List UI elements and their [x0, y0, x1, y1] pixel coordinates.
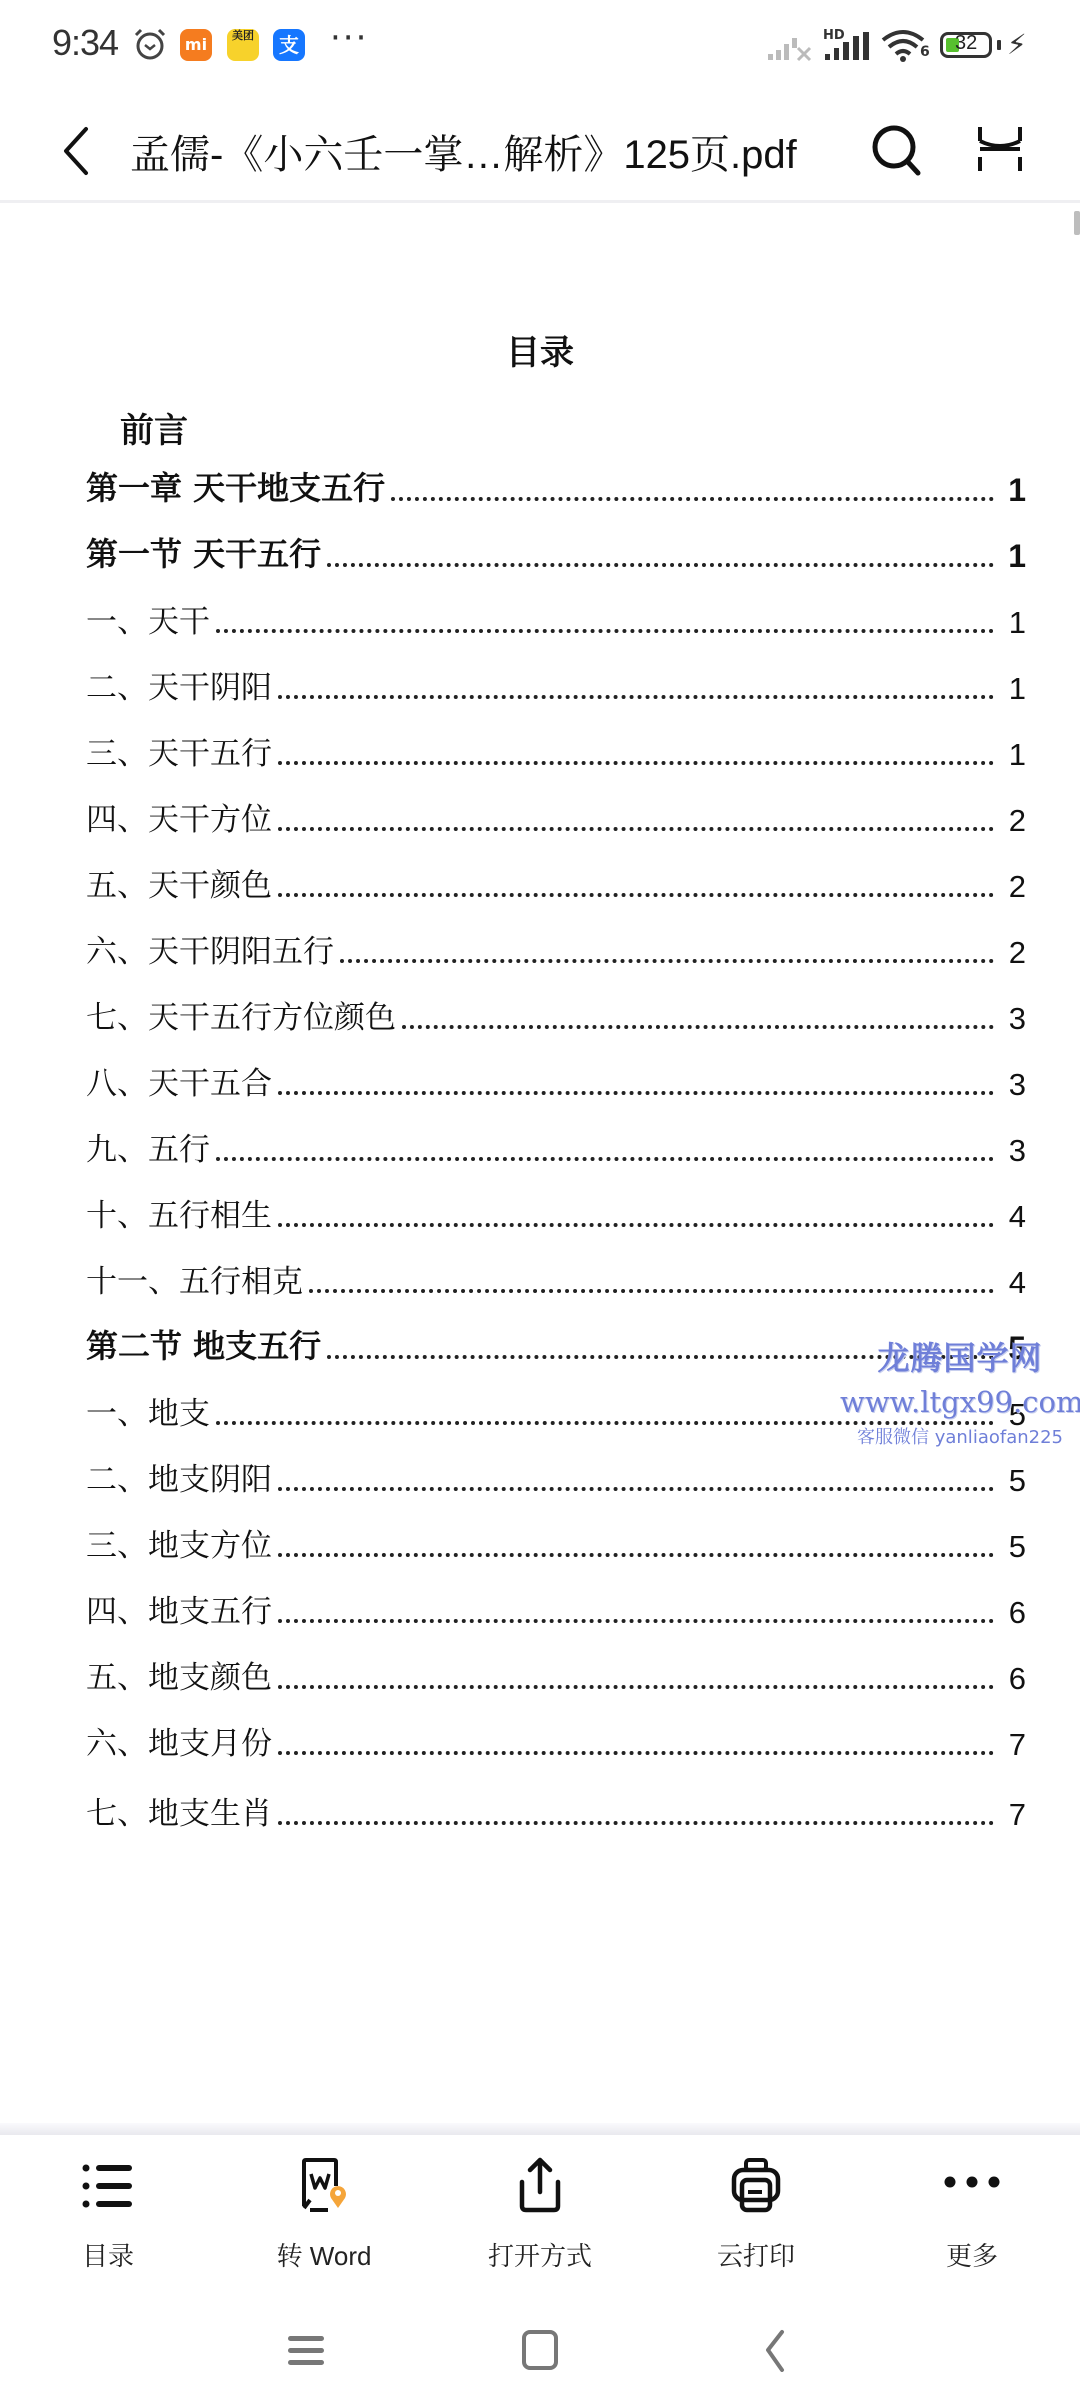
- cloud-print-label: 云打印: [717, 2236, 795, 2273]
- toc-entry: 二、地支阴阳5: [86, 1449, 1026, 1499]
- back-chevron-icon[interactable]: [56, 123, 100, 179]
- toc-entry: 七、天干五行方位颜色3: [86, 987, 1026, 1037]
- printer-icon: [726, 2156, 786, 2216]
- toc-entry: 三、地支方位5: [86, 1515, 1026, 1565]
- battery-tip: [997, 40, 1001, 50]
- toc-entry: 八、天干五合3: [86, 1053, 1026, 1103]
- back-icon[interactable]: [754, 2328, 798, 2372]
- toc-entry: 二、天干阴阳1: [86, 657, 1026, 707]
- toc-entry: 十一、五行相克4: [86, 1251, 1026, 1301]
- app-header: 孟儒-《小六壬一掌…解析》125页.pdf: [0, 95, 1080, 203]
- meituan-icon: 美团: [227, 29, 259, 61]
- toc-entry: 第一章 天干地支五行1: [86, 459, 1026, 509]
- menu-icon[interactable]: [284, 2328, 328, 2372]
- alipay-icon: 支: [273, 29, 305, 61]
- list-icon: [78, 2156, 138, 2216]
- home-icon[interactable]: [518, 2328, 562, 2372]
- open-with-label: 打开方式: [488, 2236, 592, 2273]
- more-button[interactable]: 更多: [864, 2138, 1080, 2288]
- toc-entry: 三、天干五行1: [86, 723, 1026, 773]
- toc-entry: 一、天干1: [86, 591, 1026, 641]
- toc-button-label: 目录: [82, 2236, 134, 2273]
- toc-button[interactable]: 目录: [0, 2138, 216, 2288]
- convert-word-button[interactable]: 转 Word: [216, 2138, 432, 2288]
- status-bar: 9:34 mi 美团 支 ··· HD 6 32 ⚡: [0, 0, 1080, 95]
- more-icon: [942, 2156, 1002, 2216]
- toc-entry: 六、地支月份7: [86, 1713, 1026, 1763]
- toc-preface: 前言: [120, 403, 188, 452]
- pdf-page[interactable]: 目录 前言 第一章 天干地支五行1 第一节 天干五行1 一、天干1 二、天干阴阳…: [0, 203, 1080, 2135]
- alarm-icon: [132, 26, 168, 62]
- more-label: 更多: [946, 2236, 998, 2273]
- system-navbar: [0, 2288, 1080, 2400]
- search-icon[interactable]: [868, 121, 924, 177]
- document-title: 孟儒-《小六壬一掌…解析》125页.pdf: [130, 123, 797, 180]
- convert-word-icon: [294, 2156, 354, 2216]
- more-notifications-icon: ···: [330, 18, 368, 58]
- toc-entry: 四、地支五行6: [86, 1581, 1026, 1631]
- page-layout-icon[interactable]: [974, 123, 1026, 175]
- wifi-6-label: 6: [920, 44, 930, 60]
- cloud-print-button[interactable]: 云打印: [648, 2138, 864, 2288]
- bottom-toolbar: 目录 转 Word 打开方式 云打印 更多: [0, 2138, 1080, 2288]
- signal-sim1-icon: [768, 32, 814, 62]
- charging-icon: ⚡: [1007, 28, 1027, 61]
- toc-heading: 目录: [0, 325, 1080, 374]
- battery-icon: 32: [940, 32, 992, 58]
- toc-entry: 七、地支生肖7: [86, 1783, 1026, 1833]
- toc-entry: 一、地支5: [86, 1383, 1026, 1433]
- toc-entry: 十、五行相生4: [86, 1185, 1026, 1235]
- toc-entry: 九、五行3: [86, 1119, 1026, 1169]
- signal-sim2-icon: [825, 30, 871, 62]
- page-divider: [0, 2123, 1080, 2135]
- convert-word-label: 转 Word: [277, 2236, 372, 2273]
- mi-icon: mi: [180, 29, 212, 61]
- toc-entry: 六、天干阴阳五行2: [86, 921, 1026, 971]
- scrollbar[interactable]: [1074, 211, 1080, 235]
- open-with-button[interactable]: 打开方式: [432, 2138, 648, 2288]
- toc-entry: 五、地支颜色6: [86, 1647, 1026, 1697]
- toc-entry: 四、天干方位2: [86, 789, 1026, 839]
- clock: 9:34: [52, 22, 118, 64]
- toc-entry: 第二节 地支五行5: [86, 1317, 1026, 1367]
- toc-entry: 五、天干颜色2: [86, 855, 1026, 905]
- share-icon: [510, 2156, 570, 2216]
- battery-level: 32: [955, 32, 977, 55]
- toc-entry: 第一节 天干五行1: [86, 525, 1026, 575]
